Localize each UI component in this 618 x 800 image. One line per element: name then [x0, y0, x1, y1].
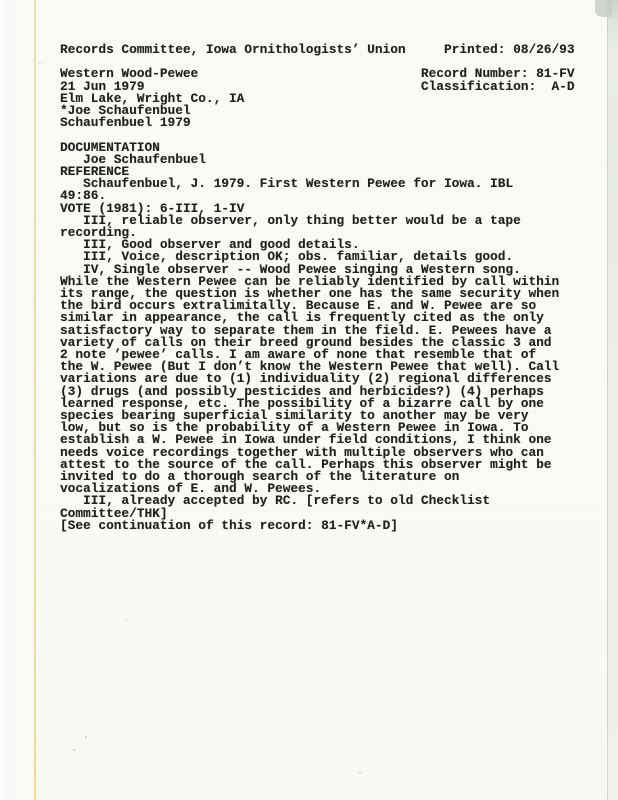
scan-left-margin — [0, 0, 34, 800]
page-edge-line — [607, 0, 608, 800]
scan-speck — [359, 772, 361, 774]
scan-speck — [38, 63, 41, 64]
document-line: III, reliable observer, only thing bette… — [60, 215, 575, 227]
scanned-document-page: Records Committee, Iowa Ornithologists’ … — [0, 0, 618, 800]
document-line: [See continuation of this record: 81-FV*… — [60, 520, 575, 532]
top-right-corner-shadow — [595, 0, 612, 17]
document-line: Records Committee, Iowa Ornithologists’ … — [60, 44, 575, 56]
typewritten-text: Records Committee, Iowa Ornithologists’ … — [60, 44, 575, 532]
document-line: Joe Schaufenbuel — [60, 154, 575, 166]
scan-speck — [73, 749, 75, 751]
scan-speck — [125, 619, 127, 621]
document-line: Schaufenbuel, J. 1979. First Western Pew… — [60, 178, 575, 190]
document-line: Schaufenbuel 1979 — [60, 117, 575, 129]
scan-speck — [85, 736, 87, 738]
scan-right-edge — [607, 0, 618, 800]
binder-edge-line — [34, 0, 36, 800]
